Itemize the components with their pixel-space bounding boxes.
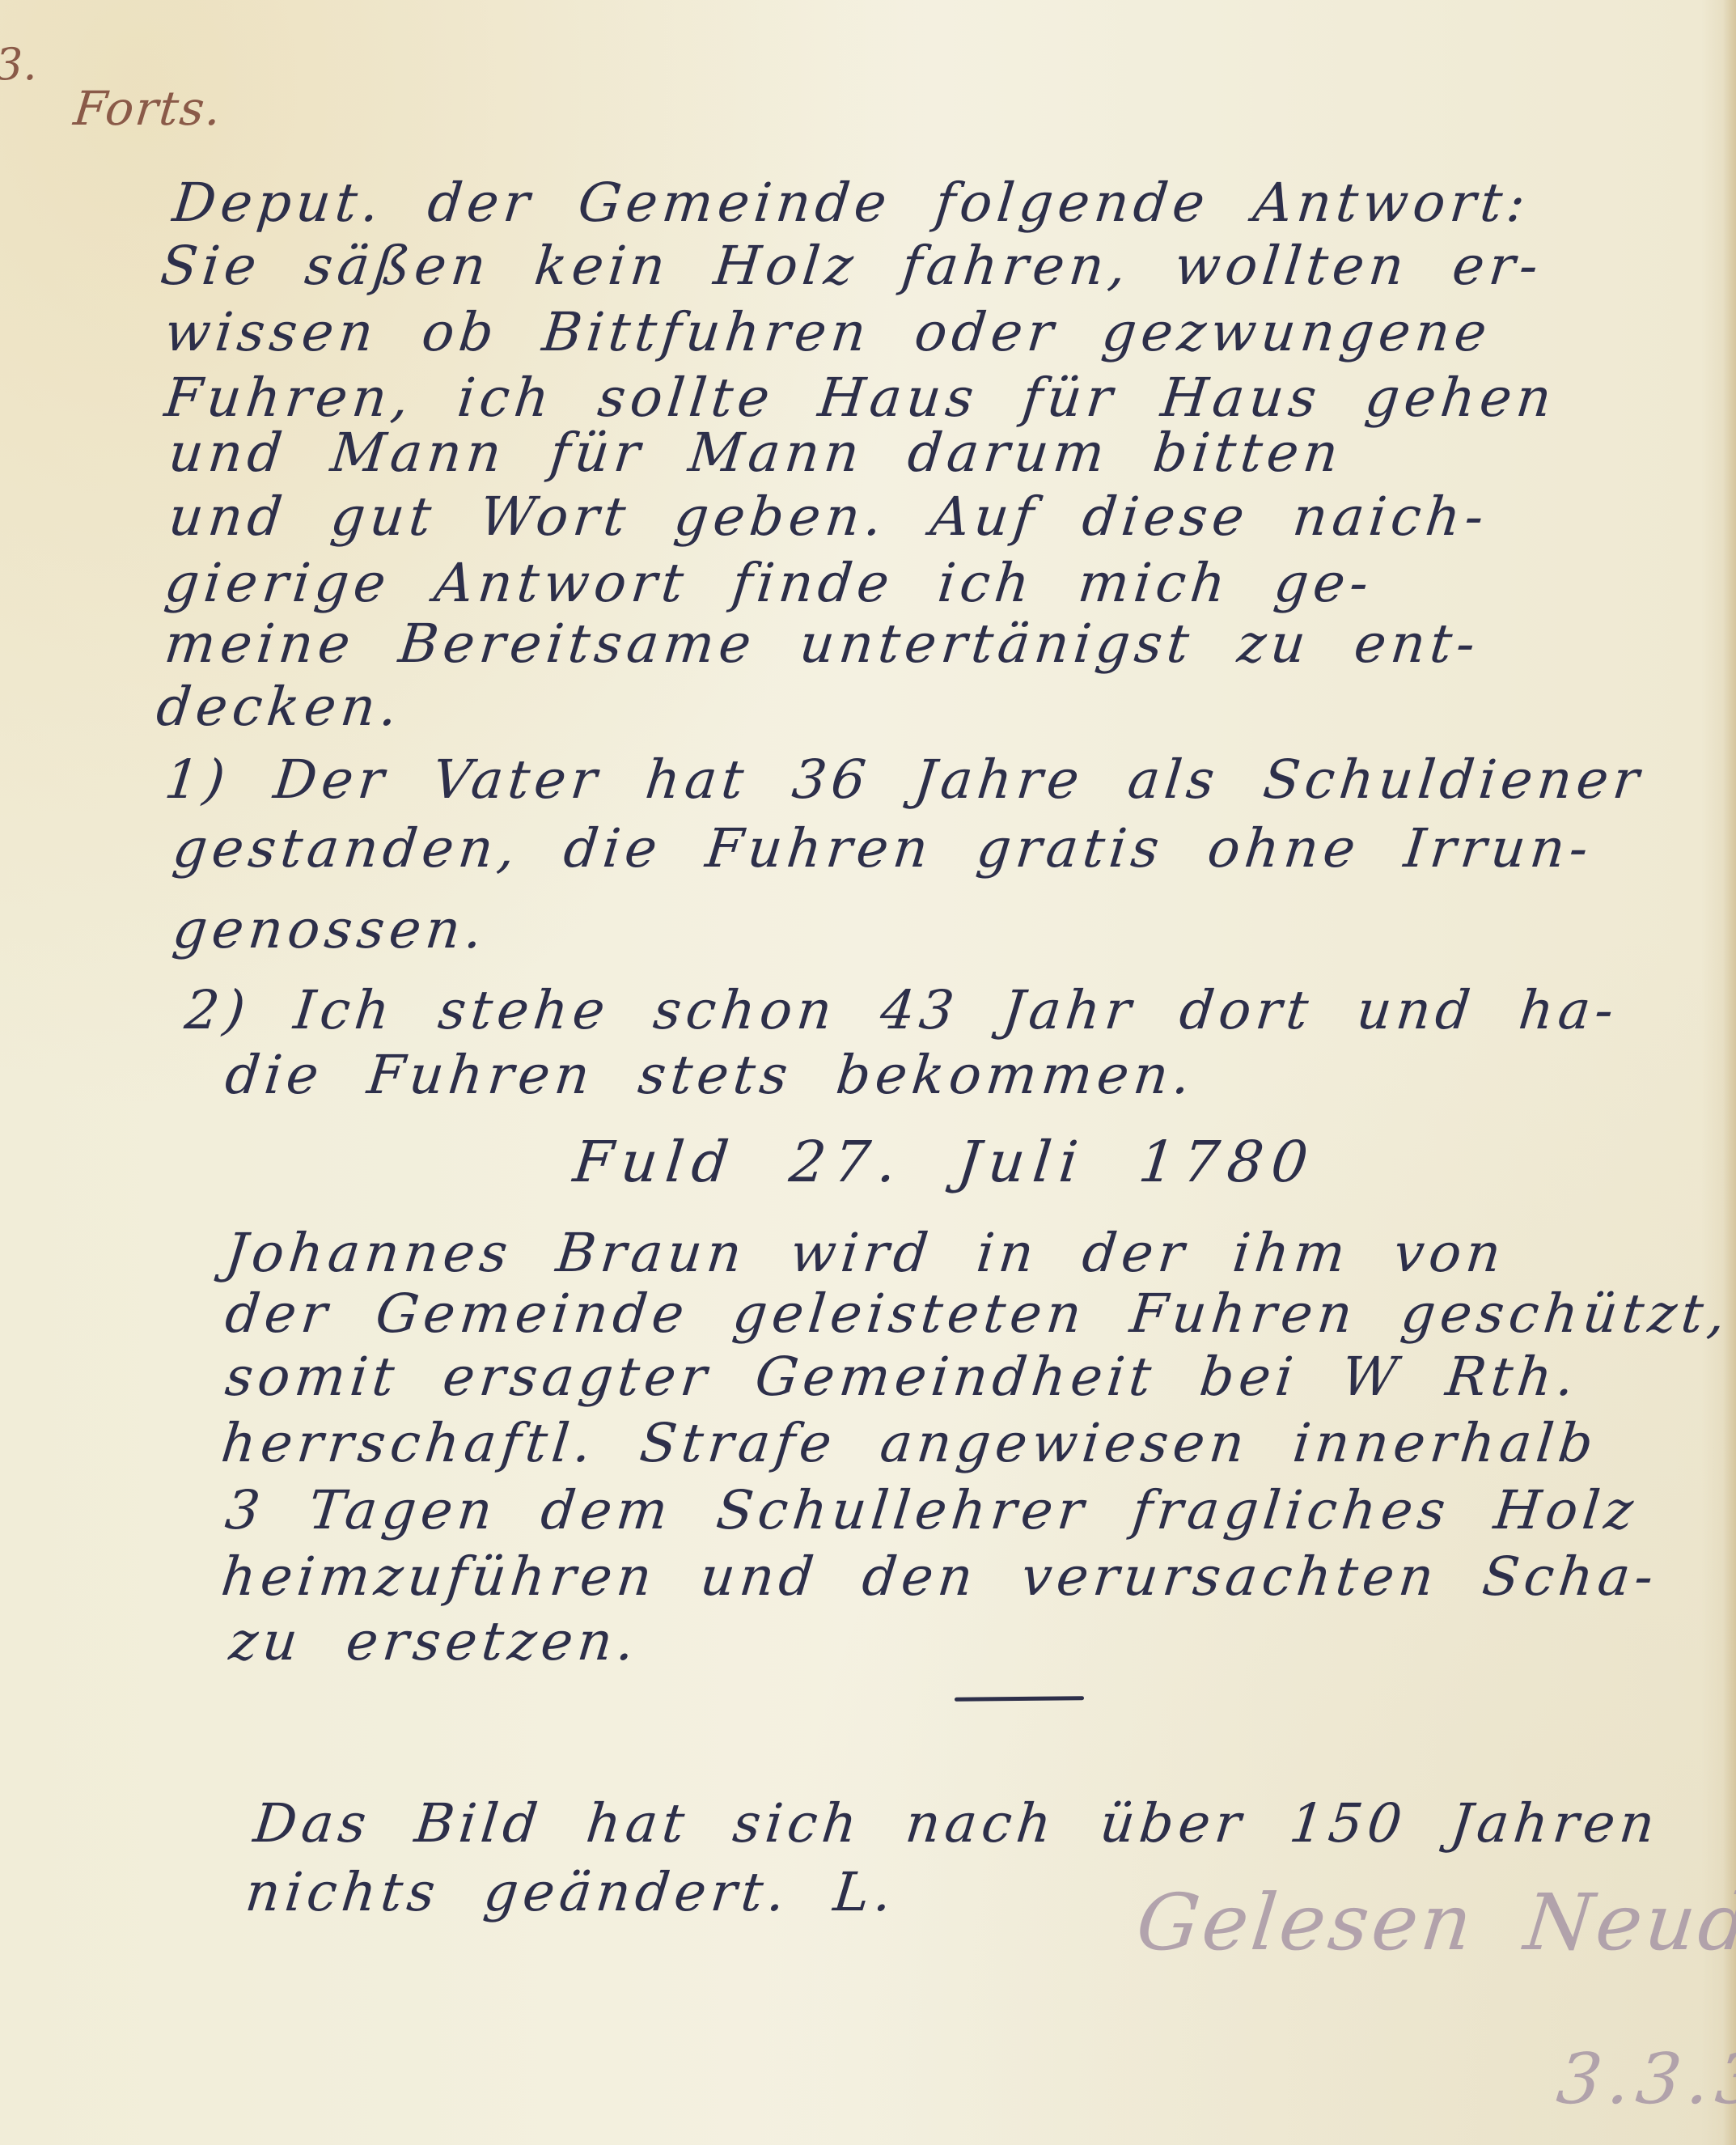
body-line-4: Fuhren, ich sollte Haus für Haus gehen [162,367,1559,429]
pencil-signature: Gelesen Neudeck [1133,1877,1736,1968]
pencil-date: 3.3.3 [1553,2039,1736,2120]
point-1-line-2: gestanden, die Fuhren gratis ohne Irrun- [170,817,1596,880]
decision-line-6: heimzuführen und den verursachten Scha- [218,1545,1661,1608]
body-line-7: gierige Antwort finde ich mich ge- [162,552,1376,614]
body-line-5: und Mann für Mann darum bitten [166,422,1346,484]
body-line-2: Sie säßen kein Holz fahren, wollten er- [158,235,1546,297]
point-2-line-2: die Fuhren stets bekommen. [222,1044,1198,1106]
point-2-line-1: 2) Ich stehe schon 43 Jahr dort und ha- [182,979,1621,1041]
body-line-9: decken. [154,676,405,738]
page-number-marker: 3. [0,39,37,90]
section-divider [955,1696,1084,1702]
closing-note-line-1: Das Bild hat sich nach über 150 Jahren [251,1792,1662,1855]
document-page: 3. Forts. Deput. der Gemeinde folgende A… [0,0,1736,2145]
closing-note-line-2: nichts geändert. L. [243,1861,900,1923]
continuation-annotation: Forts. [71,81,225,136]
decision-line-2: der Gemeinde geleisteten Fuhren geschütz… [222,1282,1733,1345]
page-edge-shadow [1723,0,1736,2145]
body-line-3: wissen ob Bittfuhren oder gezwungene [162,301,1494,363]
decision-line-1: Johannes Braun wird in der ihm von [222,1222,1509,1284]
decision-date-heading: Fuld 27. Juli 1780 [570,1129,1319,1195]
body-line-6: und gut Wort geben. Auf diese naich- [166,485,1491,548]
decision-line-7: zu ersetzen. [227,1610,642,1672]
point-1-line-3: genossen. [170,898,490,960]
body-line-8: meine Bereitsame untertänigst zu ent- [162,613,1483,675]
decision-line-5: 3 Tagen dem Schullehrer fragliches Holz [222,1479,1641,1541]
decision-line-3: somit ersagter Gemeindheit bei W Rth. [222,1346,1581,1408]
decision-line-4: herrschaftl. Strafe angewiesen innerhalb [218,1412,1601,1474]
body-line-1: Deput. der Gemeinde folgende Antwort: [170,172,1533,234]
point-1-line-1: 1) Der Vater hat 36 Jahre als Schuldiene… [162,748,1647,811]
